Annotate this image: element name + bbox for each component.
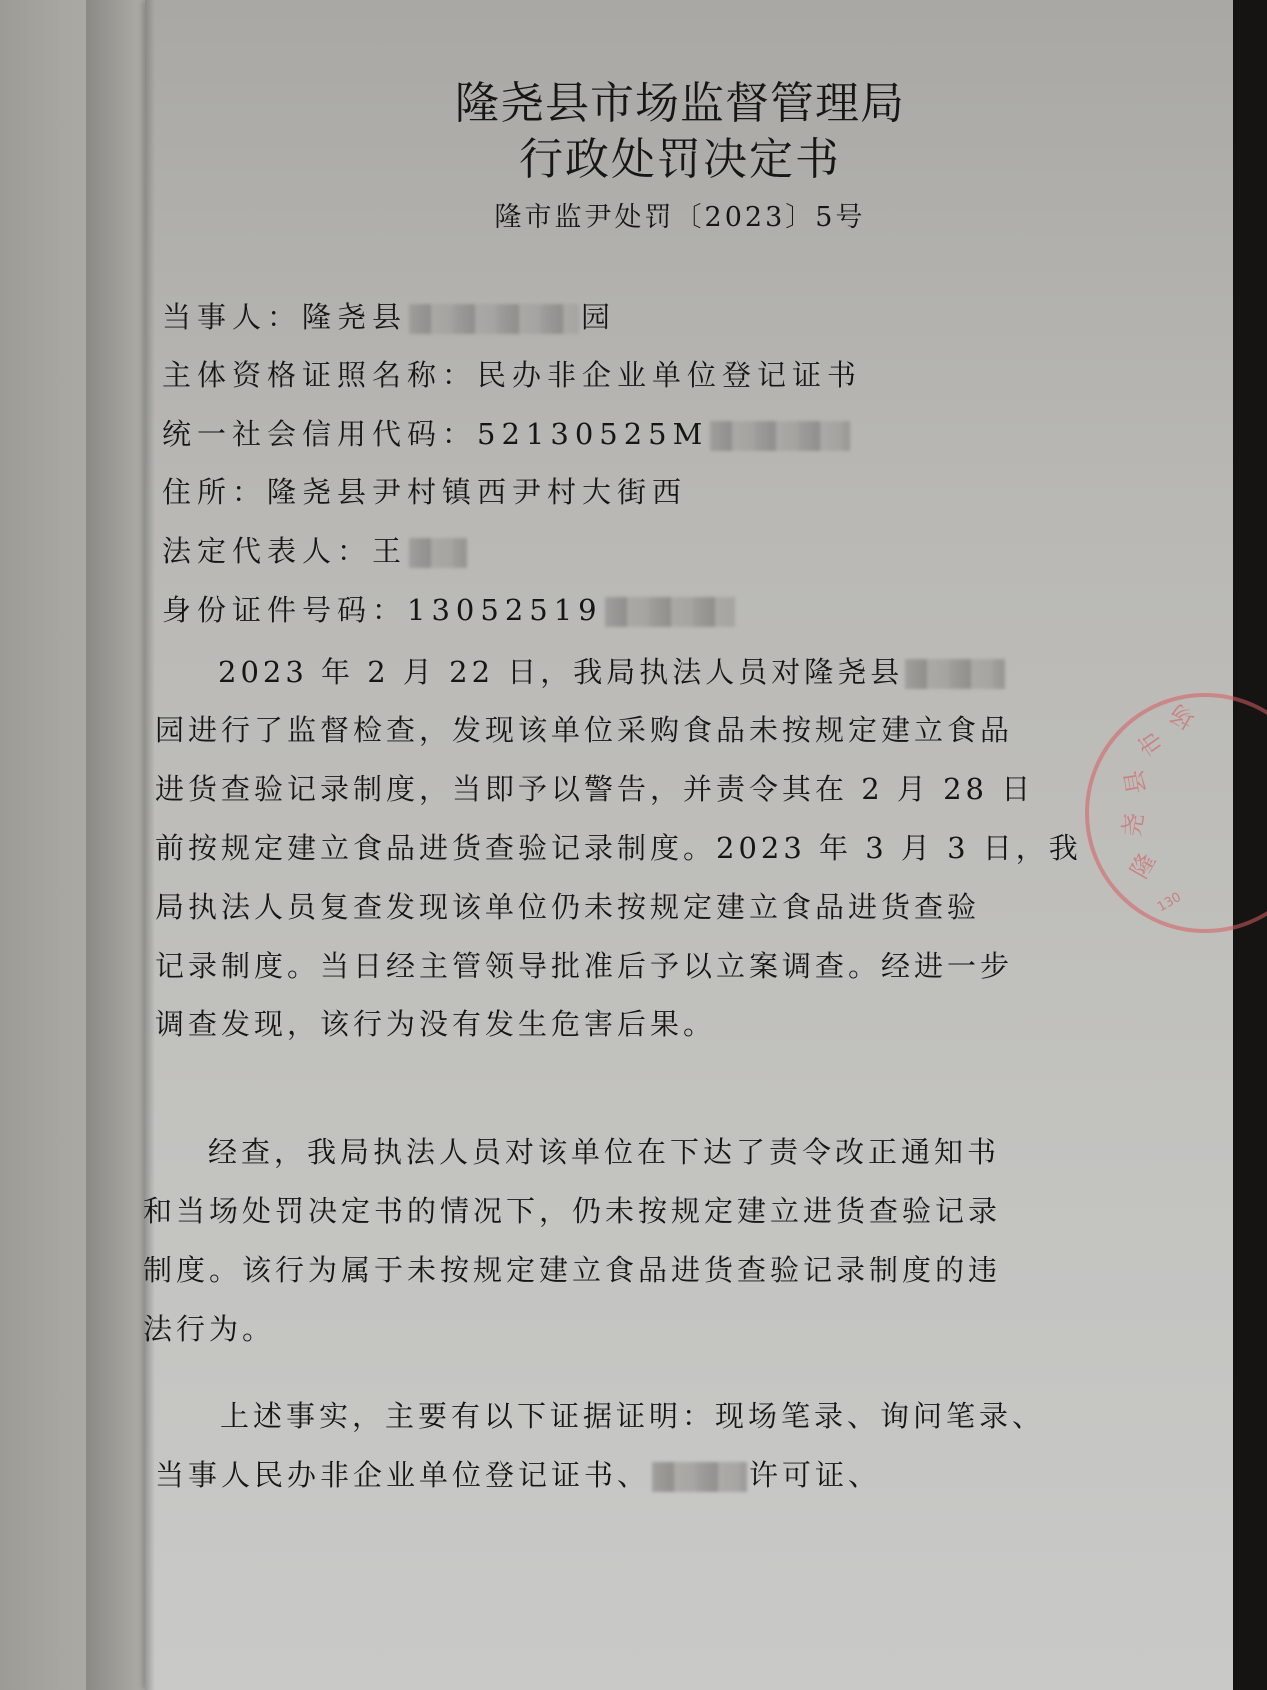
para2-line-2: 和当场处罚决定书的情况下，仍未按规定建立进货查验记录 <box>143 1191 1001 1231</box>
document-number: 隆市监尹处罚〔2023〕5号 <box>145 200 1215 236</box>
para1-text: 2023 年 2 月 22 日，我局执法人员对隆尧县 <box>218 655 903 689</box>
seal-char: 尧 <box>1112 810 1151 840</box>
legal-rep-label: 法定代表人： <box>162 534 372 568</box>
address-line: 住所：隆尧县尹村镇西尹村大街西 <box>162 472 687 512</box>
para3-line-2: 当事人民办非企业单位登记证书、许可证、 <box>155 1455 881 1495</box>
para1-line-1: 2023 年 2 月 22 日，我局执法人员对隆尧县 <box>218 652 1007 692</box>
license-name-label: 主体资格证照名称： <box>162 358 477 392</box>
document-type-title: 行政处罚决定书 <box>145 134 1215 186</box>
seal-char: 隆 <box>1120 845 1162 883</box>
para2-line-3: 制度。该行为属于未按规定建立食品进货查验记录制度的违 <box>143 1250 1001 1290</box>
id-number-visible: 13052519 <box>407 593 603 627</box>
redacted-block <box>710 421 850 451</box>
id-number-label: 身份证件号码： <box>162 593 407 627</box>
legal-rep-visible: 王 <box>372 534 407 568</box>
legal-rep-line: 法定代表人：王 <box>162 531 469 571</box>
credit-code-line: 统一社会信用代码：52130525M <box>162 414 852 454</box>
redacted-block <box>605 597 735 627</box>
id-number-line: 身份证件号码：13052519 <box>162 590 737 630</box>
gutter-shadow <box>86 0 144 1690</box>
credit-code-visible: 52130525M <box>477 417 708 451</box>
seal-char: 县 <box>1114 768 1153 798</box>
para3-tail: 许可证、 <box>749 1458 881 1492</box>
party-value-suffix: 园 <box>581 300 616 334</box>
redacted-block <box>409 538 467 568</box>
para1-line-7: 调查发现，该行为没有发生危害后果。 <box>155 1004 716 1044</box>
para1-line-3: 进货查验记录制度，当即予以警告，并责令其在 2 月 28 日 <box>155 769 1034 809</box>
para1-line-6: 记录制度。当日经主管领导批准后予以立案调查。经进一步 <box>155 946 1013 986</box>
penalty-decision-page: 隆尧县市场监督管理局 行政处罚决定书 隆市监尹处罚〔2023〕5号 当事人：隆尧… <box>145 0 1233 1690</box>
document-content: 隆尧县市场监督管理局 行政处罚决定书 隆市监尹处罚〔2023〕5号 当事人：隆尧… <box>145 0 1233 1690</box>
redacted-block <box>409 304 579 334</box>
seal-char: 场 <box>1162 697 1200 739</box>
para3-text: 当事人民办非企业单位登记证书、 <box>155 1458 650 1492</box>
document-photo: 隆尧县市场监督管理局 行政处罚决定书 隆市监尹处罚〔2023〕5号 当事人：隆尧… <box>0 0 1267 1690</box>
para1-line-4: 前按规定建立食品进货查验记录制度。2023 年 3 月 3 日，我 <box>155 828 1082 868</box>
party-label: 当事人： <box>162 300 302 334</box>
seal-number: 130 <box>1155 890 1184 915</box>
party-value-prefix: 隆尧县 <box>302 300 407 334</box>
para1-line-2: 园进行了监督检查，发现该单位采购食品未按规定建立食品 <box>155 710 1013 750</box>
para1-line-5: 局执法人员复查发现该单位仍未按规定建立食品进货查验 <box>155 887 980 927</box>
agency-title: 隆尧县市场监督管理局 <box>145 78 1215 130</box>
seal-char: 市 <box>1128 725 1170 765</box>
para3-line-1: 上述事实，主要有以下证据证明：现场笔录、询问笔录、 <box>220 1396 1045 1436</box>
para2-line-4: 法行为。 <box>143 1309 275 1349</box>
license-name-line: 主体资格证照名称：民办非企业单位登记证书 <box>162 355 862 395</box>
para2-line-1: 经查，我局执法人员对该单位在下达了责令改正通知书 <box>208 1132 1000 1172</box>
party-line: 当事人：隆尧县园 <box>162 297 616 337</box>
redacted-block <box>652 1462 747 1492</box>
address-label: 住所： <box>162 475 267 509</box>
credit-code-label: 统一社会信用代码： <box>162 417 477 451</box>
redacted-block <box>905 659 1005 689</box>
license-name-value: 民办非企业单位登记证书 <box>477 358 862 392</box>
address-value: 隆尧县尹村镇西尹村大街西 <box>267 475 687 509</box>
